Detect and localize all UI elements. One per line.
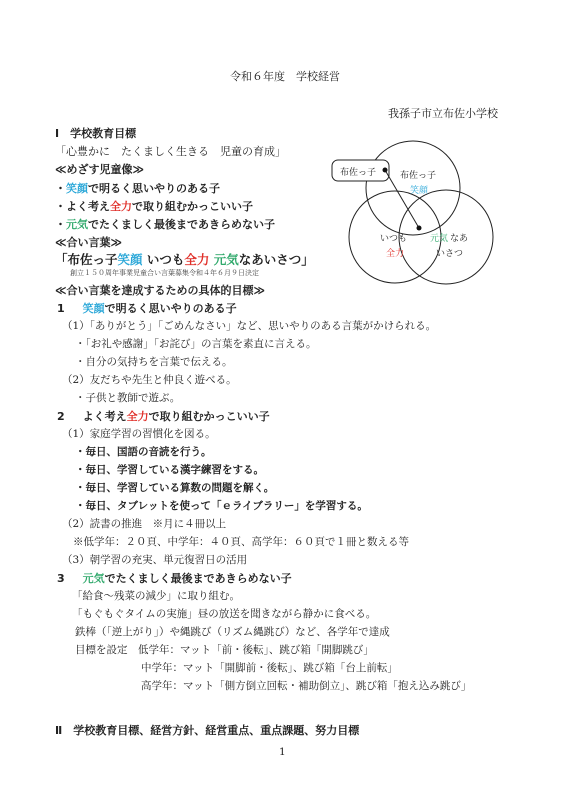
svg-text:いさつ: いさつ <box>436 248 463 259</box>
ideal-item: ・よく考え全力で取り組むかっこいい子 <box>55 198 253 214</box>
page-number: 1 <box>279 746 286 758</box>
target-3-line: 「給食～残菜の減少」に取り組む。 <box>72 588 240 603</box>
svg-text:いつも: いつも <box>380 233 407 244</box>
target-1-line: （1）「ありがとう」「ごめんなさい」など、思いやりのある言葉がかけられる。 <box>62 318 436 333</box>
accent-fullpower: 全力 <box>110 200 132 213</box>
pointer-dot-start <box>383 168 388 173</box>
target-2-line: ・毎日、タブレットを使って「ｅライブラリー」を学習する。 <box>75 498 368 513</box>
target-2-heading: 2よく考え全力で取り組むかっこいい子 <box>57 408 270 424</box>
targets-heading: ≪合い言葉を達成するための具体的目標≫ <box>55 282 265 298</box>
target-1-line: ・「お礼や感謝」「お詫び」の言葉を素直に言える。 <box>75 336 317 351</box>
target-3-line: 中学年：マット「開脚前・後転」、跳び箱「台上前転」 <box>141 660 398 675</box>
target-3-line: 「もぐもぐタイムの実施」昼の放送を聞きながら静かに食べる。 <box>72 606 376 621</box>
target-3-heading: 3元気でたくましく最後まであきらめない子 <box>57 570 292 586</box>
target-2-line: ・毎日、学習している漢字練習をする。 <box>75 462 264 477</box>
section-1-heading: Ⅰ 学校教育目標 <box>55 125 136 141</box>
ideal-item: ・笑顔で明るく思いやりのある子 <box>55 180 220 196</box>
svg-text:笑顔: 笑顔 <box>410 184 429 196</box>
target-2-line: （3）朝学習の充実、単元復習日の活用 <box>62 552 247 567</box>
section-2-heading: Ⅱ 学校教育目標、経営方針、経営重点、重点課題、努力目標 <box>55 722 359 738</box>
svg-text:布佐っ子: 布佐っ子 <box>400 169 436 181</box>
target-3-line: 高学年：マット「側方倒立回転・補助倒立」、跳び箱「抱え込み跳び」 <box>141 678 471 693</box>
accent-smile: 笑顔 <box>66 182 88 195</box>
target-3-line: 目標を設定 低学年：マット「前・後転」、跳び箱「開脚跳び」 <box>75 642 374 657</box>
ideal-heading: ≪めざす児童像≫ <box>55 161 144 177</box>
svg-text:元気: 元気 <box>430 232 448 244</box>
target-2-line: （2）読書の推進 ※月に４冊以上 <box>62 516 226 531</box>
pointer-dot-end <box>417 226 422 231</box>
document-title: 令和６年度 学校経営 <box>230 68 340 84</box>
svg-text:全力: 全力 <box>386 247 404 259</box>
target-1-heading: 1笑顔で明るく思いやりのある子 <box>57 300 237 316</box>
accent-energy: 元気 <box>66 218 88 231</box>
target-2-line: （1）家庭学習の習慣化を図る。 <box>62 426 216 441</box>
ideal-item: ・元気でたくましく最後まであきらめない子 <box>55 216 275 232</box>
label-box-text: 布佐っ子 <box>340 166 376 178</box>
target-3-line: 鉄棒（「逆上がり」）や縄跳び（リズム縄跳び）など、各学年で達成 <box>75 624 390 639</box>
school-goal: 「心豊かに たくましく生きる 児童の育成」 <box>55 143 286 159</box>
motto-note: 創立１５０周年事業児童合い言葉募集令和４年６月９日決定 <box>70 268 259 278</box>
motto: 「布佐っ子笑顔 いつも全力 元気なあいさつ」 <box>55 250 314 268</box>
target-1-line: ・自分の気持ちを言葉で伝える。 <box>75 354 233 369</box>
motto-heading: ≪合い言葉≫ <box>55 234 122 250</box>
target-2-line: ・毎日、学習している算数の問題を解く。 <box>75 480 274 495</box>
venn-diagram: 布佐っ子 布佐っ子 笑顔 いつも 全力 元気 なあ いさつ <box>320 135 520 315</box>
target-1-line: ・子供と教師で遊ぶ。 <box>75 390 180 405</box>
school-name: 我孫子市立布佐小学校 <box>388 105 498 121</box>
target-2-line: ・毎日、国語の音読を行う。 <box>75 444 212 459</box>
target-2-line: ※低学年：２０頁、中学年：４０頁、高学年：６０頁で１冊と数える等 <box>73 534 409 549</box>
target-1-line: （2）友だちや先生と仲良く遊べる。 <box>62 372 237 387</box>
svg-text:なあ: なあ <box>450 233 468 244</box>
